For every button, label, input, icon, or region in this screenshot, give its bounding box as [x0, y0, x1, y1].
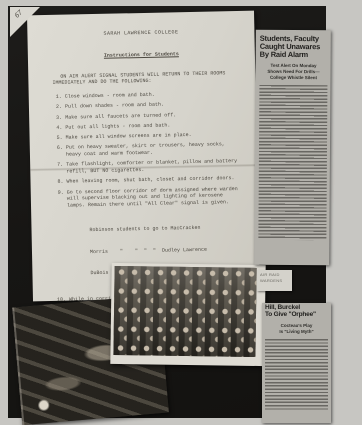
item-number: 1. [51, 94, 65, 101]
newsprint-body-text [265, 339, 328, 411]
instruction-item: 9. Go to second floor corridor of dorm a… [53, 185, 244, 209]
assignment-line: Robinson students to go to MacCracken [89, 224, 244, 234]
item-text: Go to second floor corridor of dorm assi… [67, 185, 244, 209]
scrapbook-photo: 67 SARAH LAWRENCE COLLEGE Instructions f… [0, 0, 362, 425]
news-clipping-raid-alarm: Students, Faculty Caught Unawares By Rai… [254, 30, 331, 266]
orphee-subhead: Cocteau's Play Is "Living Myth" [265, 323, 328, 335]
item-text: Take flashlight, comforter or blanket, p… [66, 158, 243, 175]
item-text: When leaving room, shut bath, closet and… [66, 175, 243, 185]
subhead-line: Is "Living Myth" [265, 329, 328, 335]
raid-headline: Students, Faculty Caught Unawares By Rai… [260, 35, 328, 59]
group-photo [110, 263, 265, 366]
item-text: Make sure all window screens are in plac… [66, 131, 243, 141]
instruction-item: 5. Make sure all window screens are in p… [52, 131, 243, 142]
subhead-line: College Whistle Silent [259, 75, 327, 82]
item-number: 4. [51, 124, 65, 131]
instructions-letter: SARAH LAWRENCE COLLEGE Instructions for … [27, 11, 260, 302]
item-number: 7. [52, 162, 66, 176]
item-number: 3. [51, 114, 65, 121]
item-number: 8. [52, 179, 66, 186]
instruction-item: 3. Make sure all faucets are turned off. [51, 110, 242, 121]
assignment-line: Morris " " " " Dudley Lawrence [90, 245, 245, 255]
item-number: 5. [52, 135, 66, 142]
label-line: WARDENS [260, 278, 292, 284]
item-text: Pull down shades - room and bath. [65, 100, 242, 110]
instruction-item: 8. When leaving room, shut bath, closet … [52, 175, 243, 186]
item-number: 2. [51, 104, 65, 111]
instruction-item: 7. Take flashlight, comforter or blanket… [52, 158, 243, 175]
orphee-headline: Hill, Burckel To Give "Orphee" [265, 305, 328, 319]
instruction-item: 2. Pull down shades - room and bath. [51, 100, 242, 111]
item-text: Close windows - room and bath. [65, 90, 242, 100]
letter-title: Instructions for Students [28, 49, 255, 61]
raid-subhead: Test Alert On Monday Shows Need For Dril… [259, 62, 327, 81]
item-text: Put on heavy sweater, skirt or trousers,… [66, 141, 243, 158]
instruction-item: 6. Put on heavy sweater, skirt or trouse… [52, 141, 243, 158]
instruction-item: 4. Put out all lights - room and bath. [51, 121, 242, 132]
instruction-item: 1. Close windows - room and bath. [51, 90, 242, 101]
headline-line: To Give "Orphee" [265, 312, 328, 319]
item-text: Put out all lights - room and bath. [65, 121, 242, 131]
group-photo-image [113, 266, 256, 357]
item-number: 9. [53, 189, 67, 210]
item-text: Make sure all faucets are turned off. [65, 110, 242, 120]
letter-intro: ON AIR ALERT SIGNAL STUDENTS WILL RETURN… [52, 69, 239, 86]
headline-line: By Raid Alarm [260, 51, 328, 59]
air-raid-wardens-label: AIR RAID WARDENS [257, 270, 292, 291]
page-number: 67 [14, 9, 24, 19]
letter-heading: SARAH LAWRENCE COLLEGE [27, 28, 254, 40]
news-clipping-orphee: Hill, Burckel To Give "Orphee" Cocteau's… [262, 303, 331, 423]
item-number: 6. [52, 145, 66, 159]
newsprint-body-text [258, 85, 327, 240]
